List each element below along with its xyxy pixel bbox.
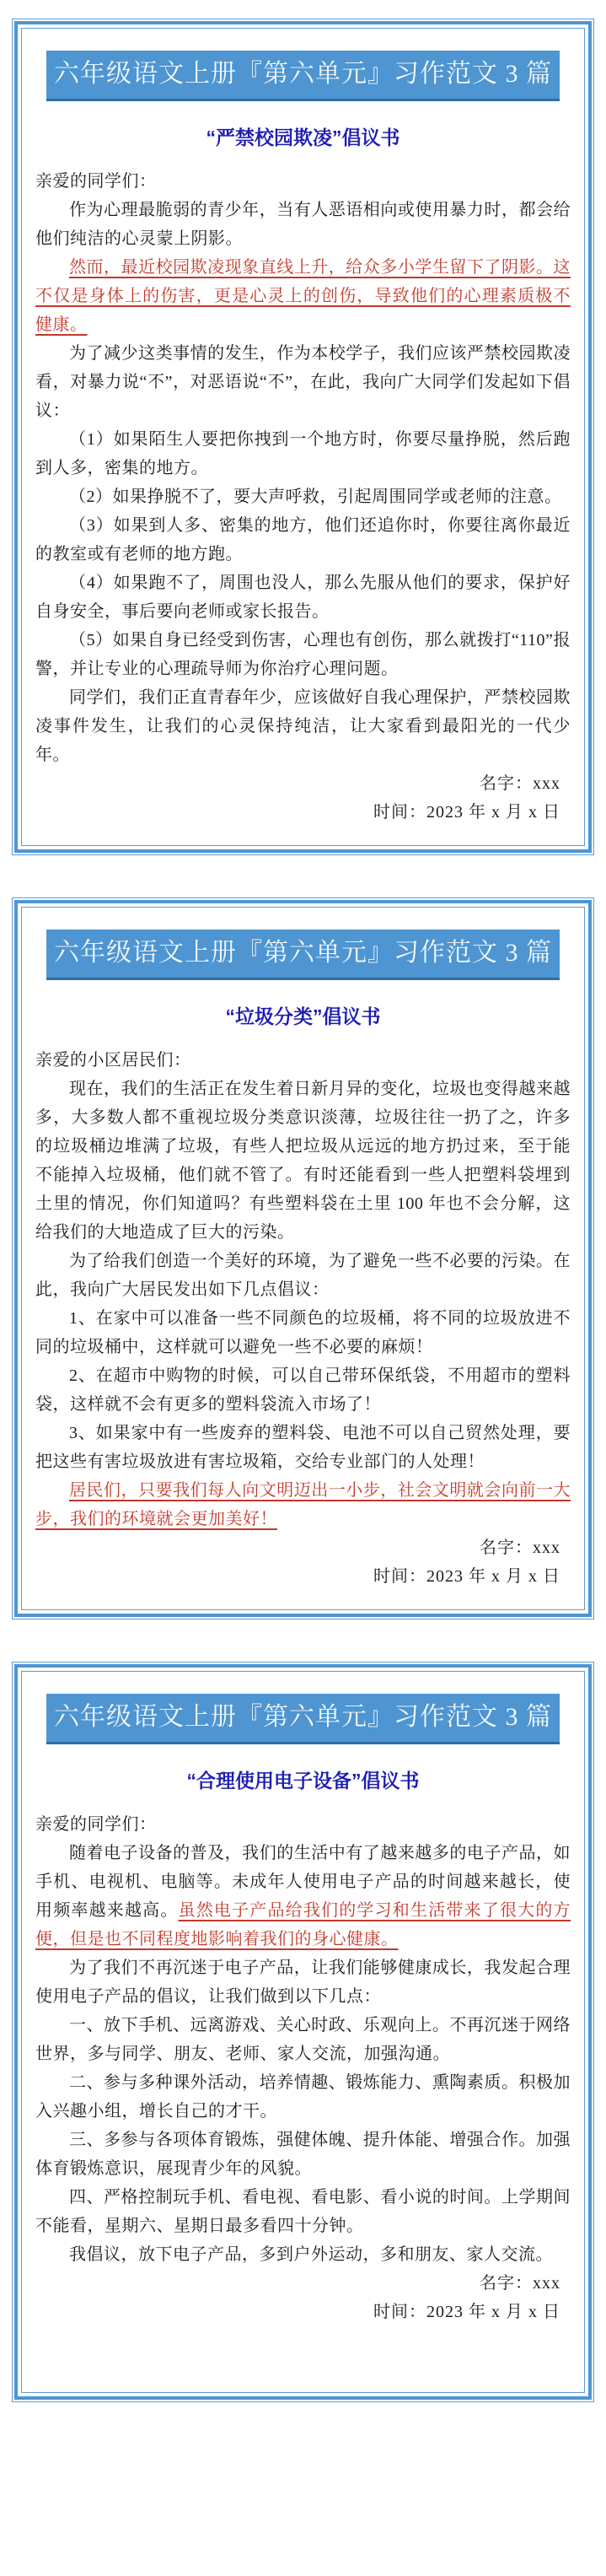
signature-date: 时间：2023 年 x 月 x 日 [35, 798, 571, 827]
paragraph: 为了减少这类事情的发生，作为本校学子，我们应该严禁校园欺凌看，对暴力说“不”，对… [35, 339, 571, 425]
card-frame-mid: 六年级语文上册『第六单元』习作范文 3 篇 “垃圾分类”倡议书 亲爱的小区居民们… [14, 900, 592, 1617]
paragraph: 为了给我们创造一个美好的环境，为了避免一些不必要的污染。在此，我向广大居民发出如… [35, 1247, 571, 1304]
list-item: （3）如果到人多、密集的地方，他们还追你时，你要往离你最近的教室或有老师的地方跑… [35, 511, 571, 569]
signature-date: 时间：2023 年 x 月 x 日 [35, 2298, 571, 2326]
signature-date: 时间：2023 年 x 月 x 日 [35, 1562, 571, 1591]
salutation: 亲爱的同学们： [35, 1810, 571, 1839]
list-item: 1、在家中可以准备一些不同颜色的垃圾桶，将不同的垃圾放进不同的垃圾桶中，这样就可… [35, 1304, 571, 1361]
card-frame-inner: 六年级语文上册『第六单元』习作范文 3 篇 “严禁校园欺凌”倡议书 亲爱的同学们… [21, 28, 585, 846]
list-item: 3、如果家中有一些废弃的塑料袋、电池不可以自己贸然处理，要把这些有害垃圾放进有害… [35, 1419, 571, 1476]
card-header-banner: 六年级语文上册『第六单元』习作范文 3 篇 [46, 930, 560, 980]
list-item: 2、在超市中购物的时候，可以自己带环保纸袋，不用超市的塑料袋，这样就不会有更多的… [35, 1361, 571, 1419]
signature-name: 名字：xxx [35, 769, 571, 798]
salutation: 亲爱的同学们： [35, 167, 571, 196]
paragraph: 我倡议，放下电子产品，多到户外运动，多和朋友、家人交流。 [35, 2240, 571, 2269]
signature-name: 名字：xxx [35, 2269, 571, 2298]
salutation: 亲爱的小区居民们： [35, 1046, 571, 1075]
list-item: 二、参与多种课外活动，培养情趣、锻炼能力、熏陶素质。积极加入兴趣小组，增长自己的… [35, 2068, 571, 2126]
essay-card-electronic-devices: 六年级语文上册『第六单元』习作范文 3 篇 “合理使用电子设备”倡议书 亲爱的同… [12, 1662, 594, 2402]
card-frame-mid: 六年级语文上册『第六单元』习作范文 3 篇 “严禁校园欺凌”倡议书 亲爱的同学们… [14, 21, 592, 853]
paragraph: 同学们，我们正直青春年少，应该做好自我心理保护，严禁校园欺凌事件发生，让我们的心… [35, 683, 571, 769]
paragraph: 现在，我们的生活正在发生着日新月异的变化，垃圾也变得越来越多，大多数人都不重视垃… [35, 1075, 571, 1247]
list-item: 一、放下手机、远离游戏、关心时政、乐观向上。不再沉迷于网络世界，多与同学、朋友、… [35, 2011, 571, 2068]
signature-name: 名字：xxx [35, 1533, 571, 1562]
paragraph: 作为心理最脆弱的青少年，当有人恶语相向或使用暴力时，都会给他们纯洁的心灵蒙上阴影… [35, 196, 571, 253]
card-frame-inner: 六年级语文上册『第六单元』习作范文 3 篇 “合理使用电子设备”倡议书 亲爱的同… [21, 1671, 585, 2393]
list-item: 四、严格控制玩手机、看电视、看电影、看小说的时间。上学期间不能看，星期六、星期日… [35, 2183, 571, 2240]
card-header-banner: 六年级语文上册『第六单元』习作范文 3 篇 [46, 51, 560, 101]
card-header-banner: 六年级语文上册『第六单元』习作范文 3 篇 [46, 1694, 560, 1744]
essay-title: “垃圾分类”倡议书 [35, 1003, 571, 1030]
list-item: （4）如果跑不了，周围也没人，那么先服从他们的要求，保护好自身安全，事后要向老师… [35, 569, 571, 626]
card-frame-inner: 六年级语文上册『第六单元』习作范文 3 篇 “垃圾分类”倡议书 亲爱的小区居民们… [21, 907, 585, 1610]
highlighted-paragraph: 居民们，只要我们每人向文明迈出一小步，社会文明就会向前一大步，我们的环境就会更加… [35, 1476, 571, 1533]
list-item: （2）如果挣脱不了，要大声呼救，引起周围同学或老师的注意。 [35, 482, 571, 511]
list-item: （1）如果陌生人要把你拽到一个地方时，你要尽量挣脱，然后跑到人多，密集的地方。 [35, 425, 571, 482]
essay-title: “合理使用电子设备”倡议书 [35, 1767, 571, 1794]
highlighted-paragraph: 然而，最近校园欺凌现象直线上升，给众多小学生留下了阴影。这不仅是身体上的伤害，更… [35, 253, 571, 339]
list-item: （5）如果自身已经受到伤害，心理也有创伤，那么就拨打“110”报警，并让专业的心… [35, 626, 571, 683]
list-item: 三、多参与各项体育锻炼，强健体魄、提升体能、增强合作。加强体育锻炼意识，展现青少… [35, 2126, 571, 2183]
essay-card-bullying: 六年级语文上册『第六单元』习作范文 3 篇 “严禁校园欺凌”倡议书 亲爱的同学们… [12, 19, 594, 855]
card-frame-mid: 六年级语文上册『第六单元』习作范文 3 篇 “合理使用电子设备”倡议书 亲爱的同… [14, 1664, 592, 2400]
paragraph-mixed: 随着电子设备的普及，我们的生活中有了越来越多的电子产品，如手机、电视机、电脑等。… [35, 1839, 571, 1954]
essay-card-garbage-sorting: 六年级语文上册『第六单元』习作范文 3 篇 “垃圾分类”倡议书 亲爱的小区居民们… [12, 897, 594, 1619]
paragraph: 为了我们不再沉迷于电子产品，让我们能够健康成长，我发起合理使用电子产品的倡议，让… [35, 1954, 571, 2011]
essay-title: “严禁校园欺凌”倡议书 [35, 124, 571, 151]
